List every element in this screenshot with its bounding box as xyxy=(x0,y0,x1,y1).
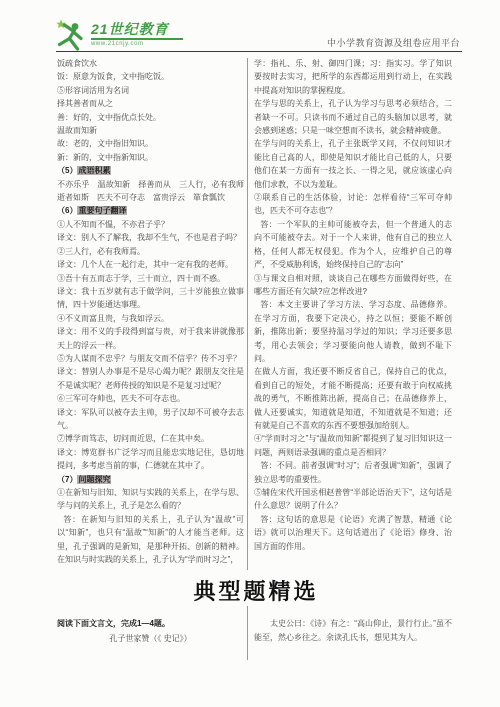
text-line: 在做人方面，我还要不断反省自己，保持自己的优点，看到自己的短处，才能不断提高；还… xyxy=(254,365,452,432)
bottom-left-column: 阅读下面文言文，完成1—4题。 孔子世家赞（《 史记》） xyxy=(57,617,244,646)
text-line: 译文：几个人在一起行走，其中一定有我的老师。 xyxy=(57,258,244,271)
text-line: （7）问题探究 xyxy=(57,473,244,486)
text-line: 译文：替别人办事是不是尽心竭力呢？跟朋友交往是不是诚实呢？老师传授的知识是不是复… xyxy=(57,365,244,392)
text-line: 答：这句话的意思是《论语》充满了智慧，精通《论语》就可以治理天下。这句话道出了《… xyxy=(254,513,452,553)
text-line: ⑤形容词活用为名词 xyxy=(57,84,244,97)
text-line: （5）成语积累 xyxy=(57,164,244,177)
section-title: 典型题精选 xyxy=(57,575,455,606)
text-line: 故：老的，文中指旧知识。 xyxy=(57,137,244,150)
brand-logo: 21世纪教育 www.21cnjy.com xyxy=(54,18,183,52)
text-line: 学：指礼、乐、射、御四门课；习：指实习。学了知识要按时去实习，把所学的东西都运用… xyxy=(254,57,452,97)
text-line: 在学与问的关系上，孔子主张既学又问，不仅问知识才能比自己高的人，即使是知识才能比… xyxy=(254,137,452,191)
brand-name: 21世纪教育 xyxy=(91,22,183,37)
bottom-right-column: 太史公曰：《诗》有之：“高山仰止，景行行止。”虽不能至，然心乡往之。余读孔氏书，… xyxy=(254,617,452,645)
highlighted-heading: 重要句子翻译 xyxy=(77,206,127,215)
text-line: 饭：原意为饭食，文中指吃饭。 xyxy=(57,70,244,83)
text-line: ④“学而时习之”与“温故而知新”都提到了复习旧知识这一问题，两则语录强调的重点是… xyxy=(254,432,452,459)
brand-text-block: 21世纪教育 www.21cnjy.com xyxy=(91,22,183,47)
text-line: 新：新的，文中指新知识。 xyxy=(57,151,244,164)
column-divider xyxy=(247,58,248,570)
text-line: 答：一个军队的主帅可能被夺去，但一个普通人的志向不可能被夺去。对于一个人来讲，他… xyxy=(254,218,452,272)
header-divider xyxy=(56,51,462,52)
text-line: 译文：博览群书广泛学习而且能忠实地记住，恳切地提问，多考虑当前的事，仁德就在其中… xyxy=(57,446,244,473)
platform-title: 中小学教育资源及组卷应用平台 xyxy=(327,36,460,49)
text-line: 答：在新知与旧知的关系上，孔子认为“温故”可以“知新”，也只有“温故”“知新”的… xyxy=(57,513,244,567)
right-column: 学：指礼、乐、射、御四门课；习：指实习。学了知识要按时去实习，把所学的东西都运用… xyxy=(254,57,452,553)
text-line: 在学与思的关系上，孔子认为学习与思考必须结合，二者缺一不可。只读书而不通过自己的… xyxy=(254,97,452,137)
text-line: ④不义而富且贵，与我如浮云。 xyxy=(57,312,244,325)
text-line: 饭疏食饮水 xyxy=(57,57,244,70)
text-line: 择其善者而从之 xyxy=(57,97,244,110)
text-line: 答：本文主要讲了学习方法、学习态度、品德修养。在学习方面，我要下定决心，持之以恒… xyxy=(254,298,452,365)
text-line: 译文：用不义的手段得到富与贵，对于我来讲就像那天上的浮云一样。 xyxy=(57,325,244,352)
text-line: 译文：别人不了解我，我却不生气，不也是君子吗？ xyxy=(57,231,244,244)
text-line: ③与课文自相对照，谈谈自己在哪些方面做得好些，在哪些方面还有欠缺?应怎样改进? xyxy=(254,272,452,299)
text-line: ⑤辅佐宋代开国丞相赵普曾“半部论语治天下”，这句话是什么意思？说明了什么？ xyxy=(254,486,452,513)
brand-url: www.21cnjy.com xyxy=(91,38,183,47)
document-page: 21世纪教育 www.21cnjy.com 中小学教育资源及组卷应用平台 饭疏食… xyxy=(0,0,500,707)
text-line: ①人不知而不愠，不亦君子乎？ xyxy=(57,218,244,231)
text-line: ③吾十有五而志于学，三十而立，四十而不惑。 xyxy=(57,272,244,285)
reading-instruction: 阅读下面文言文，完成1—4题。 xyxy=(57,617,244,631)
text-line: ⑦博学而笃志，切问而近思，仁在其中矣。 xyxy=(57,432,244,445)
highlighted-heading: 成语积累 xyxy=(77,166,111,175)
text-line: 温故而知新 xyxy=(57,124,244,137)
passage-title: 孔子世家赞（《 史记》） xyxy=(57,632,244,646)
text-line: ⑥三军可夺帅也，匹夫不可夺志也。 xyxy=(57,392,244,405)
left-column: 饭疏食饮水饭：原意为饭食，文中指吃饭。⑤形容词活用为名词择其善者而从之善：好的，… xyxy=(57,57,244,566)
text-line: 译文：军队可以被夺去主帅，男子汉却不可被夺去志气。 xyxy=(57,406,244,433)
text-line: ⑤为人谋而不忠乎？与朋友交而不信乎？传不习乎？ xyxy=(57,352,244,365)
text-line: 不亦乐乎 温故知新 择善而从 三人行，必有我师 逝者如斯 匹夫不可夺志 富贵浮云… xyxy=(57,178,244,205)
text-line: 答：不同。前者强调“时习”；后者强调“知新”，强调了独立思考的重要性。 xyxy=(254,459,452,486)
text-line: ①在新知与旧知、知识与实践的关系上，在学与思、学与问的关系上，孔子是怎么看的？ xyxy=(57,486,244,513)
bottom-column-divider xyxy=(247,606,248,660)
text-line: ②联系自己的生活体验，讨论：怎样看待“三军可夺帅也，匹夫不可夺志也”？ xyxy=(254,191,452,218)
highlighted-heading: 问题探究 xyxy=(77,475,111,484)
runner-icon xyxy=(54,18,90,52)
text-line: ②三人行，必有我师焉。 xyxy=(57,245,244,258)
text-line: （6）重要句子翻译 xyxy=(57,204,244,217)
passage-text: 太史公曰：《诗》有之：“高山仰止，景行行止。”虽不能至，然心乡往之。余读孔氏书，… xyxy=(254,617,452,645)
text-line: 译文：我十五岁就有志于做学问，三十岁能独立做事情，四十岁能通达事理。 xyxy=(57,285,244,312)
text-line: 善：好的，文中指优点长处。 xyxy=(57,111,244,124)
